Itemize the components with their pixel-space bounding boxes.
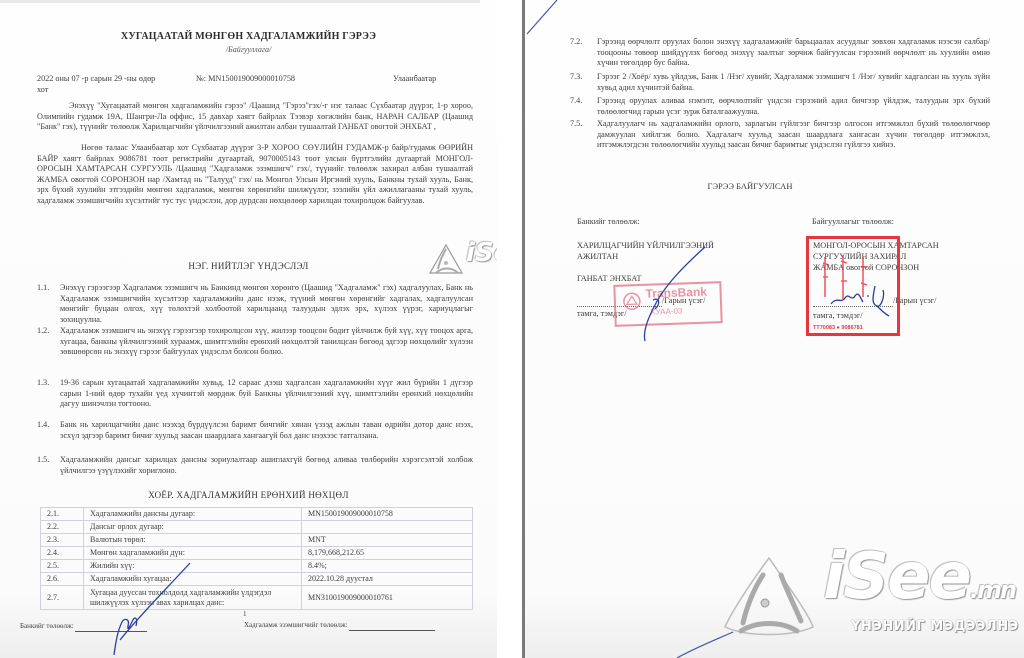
clause-text: Хадгалуулагч нь хадгаламжийн орлого, зар… bbox=[597, 119, 990, 151]
organization-stamp-code: ТТ70083 ● 9086781 bbox=[813, 325, 863, 331]
watermark-tld-text: .mn bbox=[970, 576, 1015, 604]
watermark-brand: iSee bbox=[466, 238, 497, 268]
table-row: 2.4. Мөнгөн хадгаламжийн дүн: 8,179,668,… bbox=[41, 547, 473, 560]
row-value: 2022.10.28 дуустал bbox=[302, 573, 473, 586]
contract-page-left: ХУГАЦААТАЙ МӨНГӨН ХАДГАЛАМЖИЙН ГЭРЭЭ /Ба… bbox=[0, 0, 497, 658]
signature-stroke-icon bbox=[675, 630, 735, 658]
clause-item: 1.3. 19-36 сарын хугацаатай хадгаламжийн… bbox=[37, 378, 473, 410]
watermark-brand-text: iSee bbox=[823, 540, 970, 614]
row-number: 2.5. bbox=[41, 560, 84, 573]
clause-text: Хадгаламжийн дансыг харилцах дансны зори… bbox=[60, 455, 473, 476]
row-number: 2.6. bbox=[41, 573, 84, 586]
clause-number: 1.3. bbox=[37, 378, 49, 389]
row-number: 2.3. bbox=[41, 534, 84, 547]
row-value: MN310019009000010761 bbox=[302, 586, 473, 610]
isee-logo-icon bbox=[428, 243, 464, 277]
clause-number: 7.2. bbox=[570, 37, 582, 48]
clause-number: 1.1. bbox=[37, 283, 49, 294]
org-rep-label: Байгууллагыг төлөөлж: bbox=[812, 217, 894, 228]
footer-bank-sign-text: Банкийг төлөөлж: bbox=[20, 622, 74, 630]
row-number: 2.7. bbox=[41, 586, 84, 610]
table-row: 2.2. Дансыг орлох дугаар: bbox=[41, 521, 473, 534]
row-number: 2.4. bbox=[41, 547, 84, 560]
watermark-brand-text: iSee bbox=[466, 238, 497, 268]
intro-paragraph-2: Нөгөө талаас Улаанбаатар хот Сүхбаатар д… bbox=[37, 143, 473, 207]
clause-text: Гэрээнд оруулах аливаа нэмэлт, өөрчлөлти… bbox=[597, 96, 990, 117]
contract-number: №: MN150019009000010758 bbox=[196, 74, 295, 85]
clause-item: 1.1. Энэхүү гэрээгээр Хадгаламж эзэмшигч… bbox=[37, 283, 473, 325]
row-label: Хадгаламжийн дансны дугаар: bbox=[84, 508, 302, 521]
intro-paragraph-1: Энэхүү "Хугацаатай мөнгөн хадгаламжийн г… bbox=[37, 101, 473, 133]
page-edge bbox=[0, 0, 480, 3]
row-value: MN150019009000010758 bbox=[302, 508, 473, 521]
clause-item: 1.4. Банк нь харилцагчийн данс нээхэд бү… bbox=[37, 420, 473, 452]
row-number: 2.1. bbox=[41, 508, 84, 521]
clause-number: 1.5. bbox=[37, 455, 49, 466]
clause-item: 7.3. Гэрээг 2 /Хоёр/ хувь үйлдэж, Банк 1… bbox=[570, 72, 990, 94]
clause-item: 1.2. Хадгаламж эзэмшигч нь энэхүү гэрээг… bbox=[37, 326, 473, 368]
contract-subtitle: /Байгууллага/ bbox=[0, 45, 497, 54]
handwritten-signature-icon bbox=[100, 560, 210, 655]
clause-number: 7.3. bbox=[570, 72, 582, 83]
section-2-heading: ХОЁР. ХАДГАЛАМЖИЙН ЕРӨНХИЙ НӨХЦӨЛ bbox=[0, 490, 497, 500]
bank-rep-position-2: АЖИЛТАН bbox=[577, 252, 618, 263]
clause-item: 7.5. Хадгалуулагч нь хадгаламжийн орлого… bbox=[570, 119, 990, 163]
isee-logo-icon bbox=[721, 555, 817, 640]
footer-holder-sign-label: Хадгаламж эзэмшигчийг төлөөлж: bbox=[244, 620, 435, 631]
clause-text: Гэрээнд өөрчлөлт оруулах болон энэхүү ха… bbox=[597, 37, 990, 69]
clause-text: 19-36 сарын хугацаатай хадгаламжийн хувь… bbox=[60, 378, 473, 410]
page-gap bbox=[497, 0, 525, 658]
table-row: 2.3. Валютын төрөл: MNT bbox=[41, 534, 473, 547]
footer-holder-sign-text: Хадгаламж эзэмшигчийг төлөөлж: bbox=[244, 621, 348, 629]
clause-number: 7.5. bbox=[570, 119, 582, 130]
clause-text: Гэрээг 2 /Хоёр/ хувь үйлдэж, Банк 1 /Нэг… bbox=[597, 72, 990, 93]
contract-title: ХУГАЦААТАЙ МӨНГӨН ХАДГАЛАМЖИЙН ГЭРЭЭ bbox=[0, 31, 497, 42]
row-value: MNT bbox=[302, 534, 473, 547]
clause-text: Хадгаламж эзэмшигч нь энэхүү гэрээгээр т… bbox=[60, 326, 473, 358]
row-value: 8.4%; bbox=[302, 560, 473, 573]
contract-page-right: 7.2. Гэрээнд өөрчлөлт оруулах болон энэх… bbox=[525, 0, 1024, 658]
clause-text: Энэхүү гэрээгээр Хадгаламж эзэмшигч нь Б… bbox=[60, 283, 473, 325]
watermark-tagline: ҮНЭНИЙГ МЭДЭЭЛНЭ bbox=[851, 619, 1019, 634]
watermark-brand: iSee.mn bbox=[823, 540, 1015, 614]
contract-city-suffix: хот bbox=[37, 85, 48, 96]
clause-number: 7.4. bbox=[570, 96, 582, 107]
bank-rep-label: Банкийг төлөөлж: bbox=[577, 217, 640, 228]
org-signature-icon bbox=[827, 282, 897, 318]
signed-heading: ГЭРЭЭ БАЙГУУЛСАН bbox=[525, 181, 975, 192]
row-value: 8,179,668,212.65 bbox=[302, 547, 473, 560]
row-value bbox=[302, 521, 473, 534]
row-label: Дансыг орлох дугаар: bbox=[84, 521, 302, 534]
clause-number: 1.4. bbox=[37, 420, 49, 431]
section-1-heading: НЭГ. НИЙТЛЭГ ҮНДЭСЛЭЛ bbox=[0, 261, 497, 271]
signature-line bbox=[349, 630, 435, 631]
clause-number: 1.2. bbox=[37, 326, 49, 337]
row-number: 2.2. bbox=[41, 521, 84, 534]
clause-item: 7.4. Гэрээнд оруулах аливаа нэмэлт, өөрч… bbox=[570, 96, 990, 118]
row-label: Мөнгөн хадгаламжийн дүн: bbox=[84, 547, 302, 560]
row-label: Валютын төрөл: bbox=[84, 534, 302, 547]
contract-city: Улаанбаатар bbox=[393, 74, 436, 85]
clause-item: 1.5. Хадгаламжийн дансыг харилцах дансны… bbox=[37, 455, 473, 477]
bank-signature-icon bbox=[625, 245, 715, 345]
table-row: 2.1. Хадгаламжийн дансны дугаар: MN15001… bbox=[41, 508, 473, 521]
signature-stroke-icon bbox=[525, 0, 565, 40]
clause-item: 7.2. Гэрээнд өөрчлөлт оруулах болон энэх… bbox=[570, 37, 990, 69]
clause-text: Банк нь харилцагчийн данс нээхэд бүрдүүл… bbox=[60, 420, 473, 441]
contract-date: 2022 оны 07 -р сарын 29 -ны өдөр bbox=[37, 74, 155, 85]
page-number: 1 bbox=[243, 609, 247, 620]
